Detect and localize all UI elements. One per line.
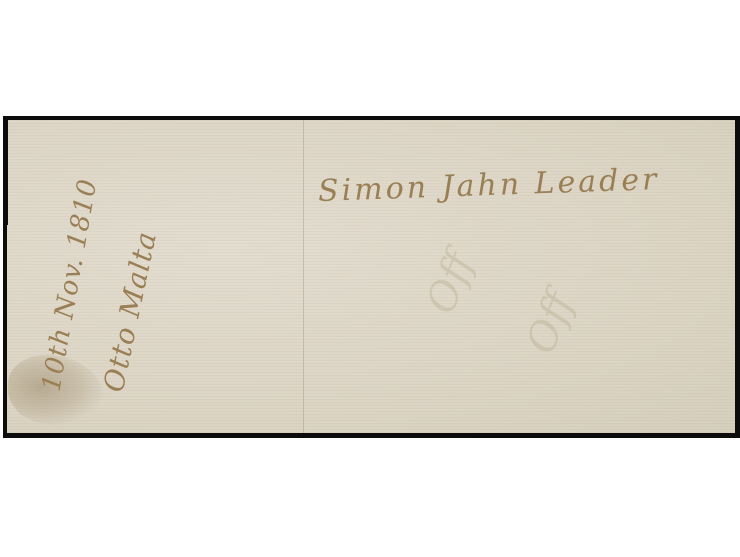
fold-crease <box>303 120 304 433</box>
paper-fold-step <box>3 120 8 225</box>
